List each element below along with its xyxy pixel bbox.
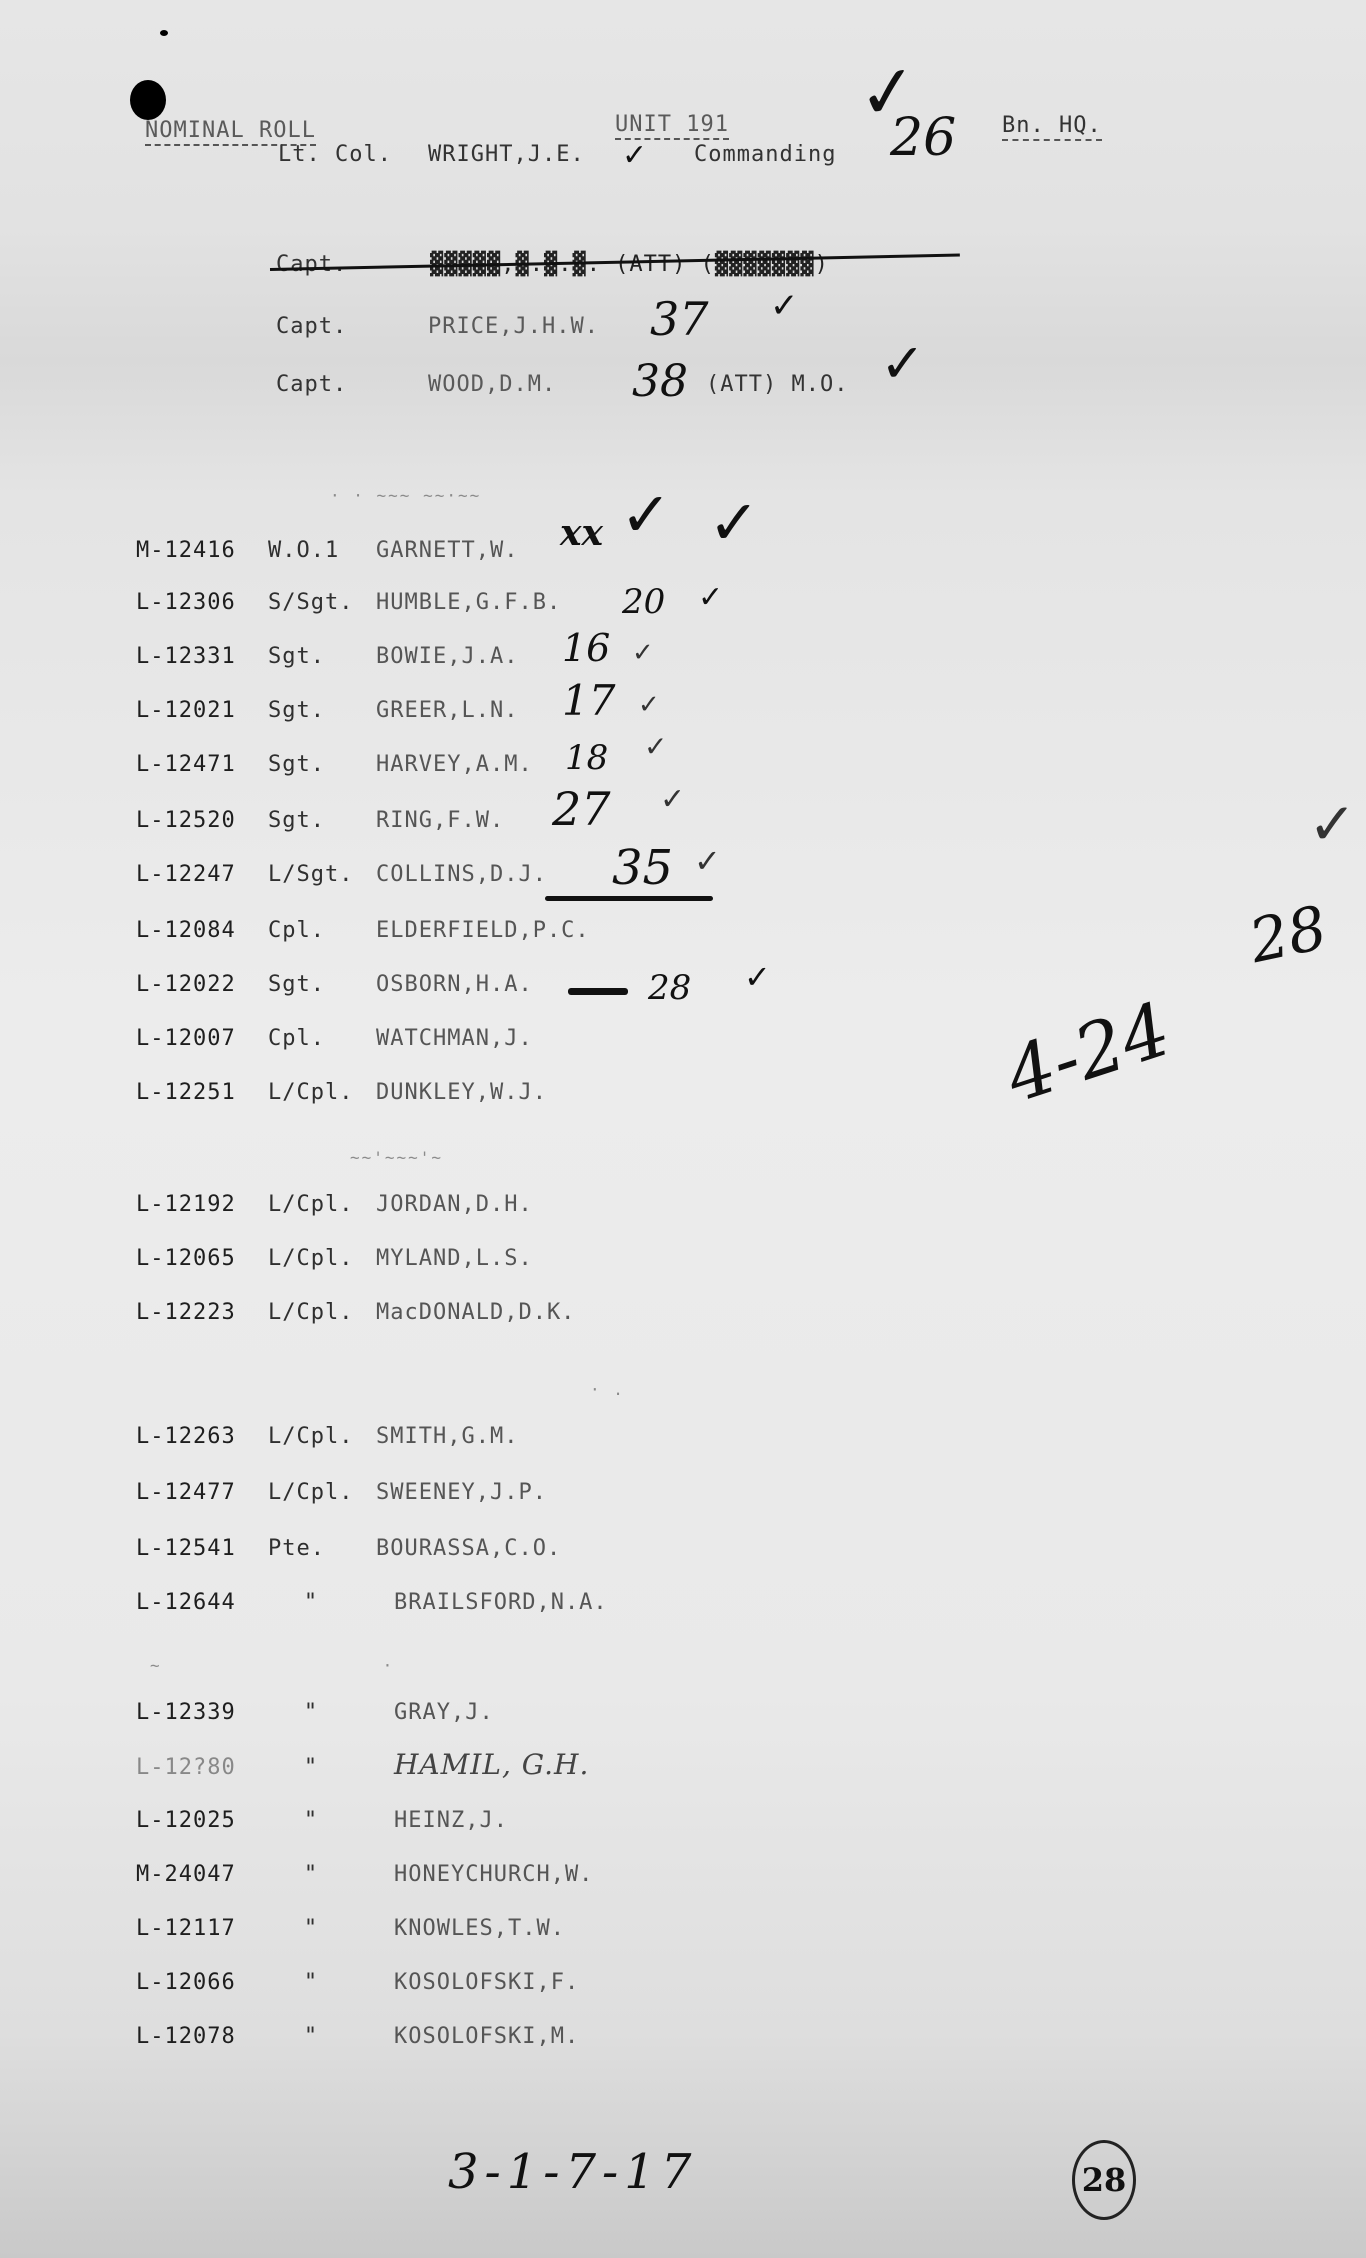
service-number: L-12541 bbox=[136, 1536, 268, 1561]
soldier-name: KNOWLES,T.W. bbox=[394, 1916, 565, 1941]
service-number: L-12117 bbox=[136, 1916, 268, 1941]
dash-mark bbox=[568, 988, 628, 995]
rank: Sgt. bbox=[268, 644, 376, 669]
officer-rank: Capt. bbox=[276, 314, 347, 339]
rank: Sgt. bbox=[268, 972, 376, 997]
roll-annotation: 16 bbox=[562, 626, 610, 670]
officer-name: WOOD,D.M. bbox=[428, 372, 556, 397]
roll-check-icon: ✓ bbox=[638, 690, 660, 720]
soldier-name: RING,F.W. bbox=[376, 808, 504, 833]
rank: " bbox=[268, 1590, 354, 1615]
roll-row: L-12251L/Cpl.DUNKLEY,W.J. bbox=[136, 1080, 547, 1112]
soldier-name: HARVEY,A.M. bbox=[376, 752, 533, 777]
soldier-name: GRAY,J. bbox=[394, 1700, 494, 1725]
rank: L/Cpl. bbox=[268, 1192, 376, 1217]
rank: " bbox=[268, 1700, 354, 1725]
service-number: L-12084 bbox=[136, 918, 268, 943]
soldier-name: SMITH,G.M. bbox=[376, 1424, 518, 1449]
roll-annotation: 18 bbox=[565, 738, 608, 778]
soldier-name: KOSOLOFSKI,M. bbox=[394, 2024, 579, 2049]
roll-row: L-12541Pte.BOURASSA,C.O. bbox=[136, 1536, 561, 1568]
rank: L/Cpl. bbox=[268, 1246, 376, 1271]
co-rank: Lt. Col. bbox=[278, 142, 392, 167]
soldier-name: JORDAN,D.H. bbox=[376, 1192, 533, 1217]
service-number: L-12471 bbox=[136, 752, 268, 777]
roll-row: L-12223L/Cpl.MacDONALD,D.K. bbox=[136, 1300, 575, 1332]
roll-annotation: 20 bbox=[622, 582, 665, 622]
faint-smudge: ~ · bbox=[150, 1656, 394, 1675]
margin-note: 4-24 bbox=[996, 986, 1181, 1119]
ink-speck bbox=[160, 30, 168, 36]
rank: L/Cpl. bbox=[268, 1424, 376, 1449]
soldier-name: HONEYCHURCH,W. bbox=[394, 1862, 593, 1887]
roll-annotation: 35 bbox=[612, 840, 673, 896]
officer-annotation: 37 bbox=[650, 292, 709, 346]
rank: " bbox=[268, 1970, 354, 1995]
rank: Pte. bbox=[268, 1536, 376, 1561]
roll-row: L-12477L/Cpl.SWEENEY,J.P. bbox=[136, 1480, 547, 1512]
service-number: L-12223 bbox=[136, 1300, 268, 1325]
faint-smudge: · . bbox=[590, 1380, 625, 1399]
soldier-name: GARNETT,W. bbox=[376, 538, 518, 563]
service-number: L-12644 bbox=[136, 1590, 268, 1615]
roll-row: L-12?80"HAMIL, G.H. bbox=[136, 1748, 589, 1780]
service-number: M-12416 bbox=[136, 538, 268, 563]
rank: L/Cpl. bbox=[268, 1300, 376, 1325]
soldier-name: ELDERFIELD,P.C. bbox=[376, 918, 590, 943]
service-number: L-12025 bbox=[136, 1808, 268, 1833]
roll-annotation: 27 bbox=[552, 782, 611, 836]
roll-row: L-12306S/Sgt.HUMBLE,G.F.B. bbox=[136, 590, 561, 622]
rank: Cpl. bbox=[268, 918, 376, 943]
officer-name: PRICE,J.H.W. bbox=[428, 314, 599, 339]
rank: " bbox=[268, 1808, 354, 1833]
service-number: L-12520 bbox=[136, 808, 268, 833]
service-number: L-12?80 bbox=[136, 1755, 268, 1780]
rank: " bbox=[268, 1755, 354, 1780]
rank: Sgt. bbox=[268, 752, 376, 777]
underline-mark bbox=[545, 896, 713, 901]
roll-check-icon: ✓ bbox=[620, 478, 672, 551]
roll-row: L-12066"KOSOLOFSKI,F. bbox=[136, 1970, 579, 2002]
roll-annotation: 17 bbox=[562, 676, 615, 725]
roll-row: L-12021Sgt.GREER,L.N. bbox=[136, 698, 518, 730]
ink-blot bbox=[130, 80, 166, 120]
service-number: L-12331 bbox=[136, 644, 268, 669]
rank: L/Cpl. bbox=[268, 1080, 376, 1105]
soldier-name: SWEENEY,J.P. bbox=[376, 1480, 547, 1505]
roll-row: M-24047"HONEYCHURCH,W. bbox=[136, 1862, 593, 1894]
roll-row: L-12078"KOSOLOFSKI,M. bbox=[136, 2024, 579, 2056]
service-number: L-12306 bbox=[136, 590, 268, 615]
roll-annotation: xx bbox=[560, 512, 603, 554]
soldier-name: BOWIE,J.A. bbox=[376, 644, 518, 669]
service-number: L-12477 bbox=[136, 1480, 268, 1505]
roll-row: L-12084Cpl.ELDERFIELD,P.C. bbox=[136, 918, 590, 950]
service-number: L-12251 bbox=[136, 1080, 268, 1105]
roll-check-icon: ✓ bbox=[744, 958, 771, 996]
roll-row: L-12247L/Sgt.COLLINS,D.J. bbox=[136, 862, 547, 894]
officer-check-icon: ✓ bbox=[770, 286, 799, 326]
roll-row: L-12520Sgt.RING,F.W. bbox=[136, 808, 504, 840]
soldier-name: MacDONALD,D.K. bbox=[376, 1300, 575, 1325]
service-number: L-12007 bbox=[136, 1026, 268, 1051]
roll-annotation: 28 bbox=[648, 968, 691, 1008]
roll-row: L-12117"KNOWLES,T.W. bbox=[136, 1916, 565, 1948]
service-number: L-12066 bbox=[136, 1970, 268, 1995]
rank: S/Sgt. bbox=[268, 590, 376, 615]
section-label: Bn. HQ. bbox=[1002, 113, 1102, 141]
officer-struck-rank: Capt. bbox=[276, 252, 347, 277]
roll-row: L-12065L/Cpl.MYLAND,L.S. bbox=[136, 1246, 533, 1278]
service-number: L-12022 bbox=[136, 972, 268, 997]
roll-check-icon: ✓ bbox=[644, 730, 667, 763]
roll-row: L-12331Sgt.BOWIE,J.A. bbox=[136, 644, 518, 676]
soldier-name: WATCHMAN,J. bbox=[376, 1026, 533, 1051]
roll-row: L-12025"HEINZ,J. bbox=[136, 1808, 508, 1840]
roll-row: L-12263L/Cpl.SMITH,G.M. bbox=[136, 1424, 518, 1456]
officer-check-icon: ✓ bbox=[880, 332, 925, 395]
roll-check-icon: ✓ bbox=[660, 782, 685, 817]
rank: L/Cpl. bbox=[268, 1480, 376, 1505]
service-number: M-24047 bbox=[136, 1862, 268, 1887]
roll-check-icon: ✓ bbox=[632, 638, 654, 668]
footer-note: 3-1-7-17 bbox=[448, 2144, 697, 2200]
soldier-name: BRAILSFORD,N.A. bbox=[394, 1590, 608, 1615]
service-number: L-12247 bbox=[136, 862, 268, 887]
roll-row: L-12644"BRAILSFORD,N.A. bbox=[136, 1590, 608, 1622]
co-check-icon: ✓ bbox=[622, 138, 647, 173]
roll-row: L-12007Cpl.WATCHMAN,J. bbox=[136, 1026, 533, 1058]
soldier-name: DUNKLEY,W.J. bbox=[376, 1080, 547, 1105]
co-name: WRIGHT,J.E. bbox=[428, 142, 585, 167]
service-number: L-12078 bbox=[136, 2024, 268, 2049]
officer-suffix: (ATT) M.O. bbox=[706, 372, 848, 397]
rank: Sgt. bbox=[268, 808, 376, 833]
page-number: 28 bbox=[1072, 2140, 1136, 2220]
rank: Cpl. bbox=[268, 1026, 376, 1051]
soldier-name: HAMIL, G.H. bbox=[394, 1748, 589, 1781]
roll-row: L-12471Sgt.HARVEY,A.M. bbox=[136, 752, 533, 784]
roll-row: L-12339"GRAY,J. bbox=[136, 1700, 494, 1732]
rank: Sgt. bbox=[268, 698, 376, 723]
soldier-name: KOSOLOFSKI,F. bbox=[394, 1970, 579, 1995]
soldier-name: HUMBLE,G.F.B. bbox=[376, 590, 561, 615]
co-large-check-icon: ✓ bbox=[854, 47, 923, 137]
soldier-name: MYLAND,L.S. bbox=[376, 1246, 533, 1271]
roll-check-icon: ✓ bbox=[698, 580, 723, 615]
rank: " bbox=[268, 2024, 354, 2049]
margin-note-2: 28 bbox=[1244, 893, 1333, 977]
faint-smudge: ~~'~~~'~ bbox=[350, 1148, 443, 1167]
service-number: L-12021 bbox=[136, 698, 268, 723]
faint-smudge: · · ~~~ ~~·~~ bbox=[330, 486, 481, 505]
service-number: L-12192 bbox=[136, 1192, 268, 1217]
unit-label: UNIT 191 bbox=[615, 112, 729, 140]
soldier-name: OSBORN,H.A. bbox=[376, 972, 533, 997]
officer-annotation: 38 bbox=[632, 356, 688, 407]
roll-check-icon: ✓ bbox=[708, 486, 760, 559]
service-number: L-12065 bbox=[136, 1246, 268, 1271]
margin-check-icon: ✓ bbox=[1308, 790, 1357, 858]
soldier-name: GREER,L.N. bbox=[376, 698, 518, 723]
soldier-name: COLLINS,D.J. bbox=[376, 862, 547, 887]
officer-rank: Capt. bbox=[276, 372, 347, 397]
rank: " bbox=[268, 1916, 354, 1941]
roll-row: L-12192L/Cpl.JORDAN,D.H. bbox=[136, 1192, 533, 1224]
soldier-name: BOURASSA,C.O. bbox=[376, 1536, 561, 1561]
service-number: L-12339 bbox=[136, 1700, 268, 1725]
soldier-name: HEINZ,J. bbox=[394, 1808, 508, 1833]
roll-check-icon: ✓ bbox=[694, 842, 721, 880]
rank: L/Sgt. bbox=[268, 862, 376, 887]
service-number: L-12263 bbox=[136, 1424, 268, 1449]
co-role: Commanding bbox=[694, 142, 836, 167]
rank: W.O.1 bbox=[268, 538, 376, 563]
rank: " bbox=[268, 1862, 354, 1887]
roll-row: L-12022Sgt.OSBORN,H.A. bbox=[136, 972, 533, 1004]
roll-row: M-12416W.O.1GARNETT,W. bbox=[136, 538, 518, 570]
